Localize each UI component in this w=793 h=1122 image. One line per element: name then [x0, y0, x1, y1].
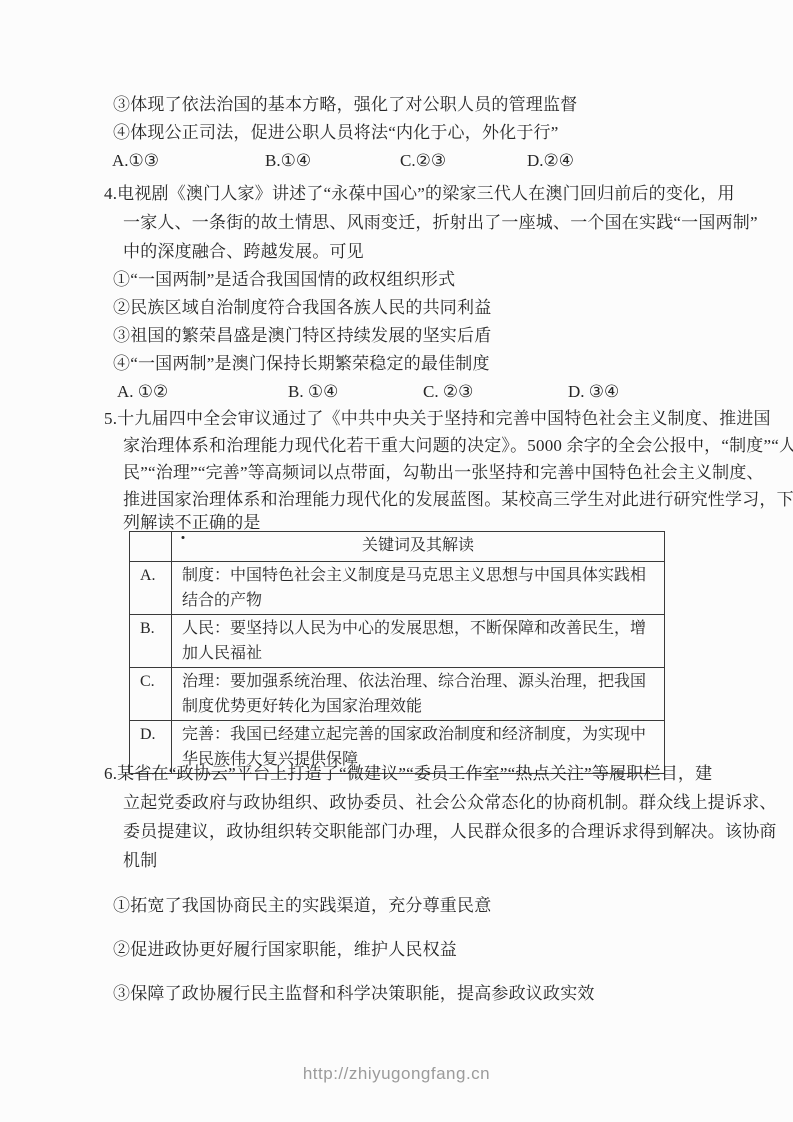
q6-text-line: 6.某省在“政协云”平台上打造了“微建议”“委员工作室”“热点关注”等履职栏目，…	[104, 764, 712, 784]
q5-text-line-emphasis: 列解读不正确的是	[123, 513, 261, 533]
row-label: A.	[130, 562, 172, 615]
q6-text-line: 机制	[123, 851, 157, 871]
row-text: 制度：中国特色社会主义制度是马克思主义思想与中国具体实践相结合的产物	[172, 562, 665, 615]
keyword-table: 关键词及其解读 A. 制度：中国特色社会主义制度是马克思主义思想与中国具体实践相…	[129, 531, 665, 774]
q3-option-b: B.①④	[265, 151, 311, 171]
q5-text-line: 5.十九届四中全会审议通过了《中共中央关于坚持和完善中国特色社会主义制度、推进国	[104, 409, 771, 429]
q4-text-line: 中的深度融合、跨越发展。可见	[123, 242, 364, 262]
q5-text-line: 民”“治理”“完善”等高频词以点带面，勾勒出一张坚持和完善中国特色社会主义制度、	[123, 463, 764, 483]
q6-statement-1: ①拓宽了我国协商民主的实践渠道，充分尊重民意	[113, 896, 491, 916]
q4-statement-2: ②民族区域自治制度符合我国各族人民的共同利益	[113, 298, 491, 318]
row-text: 人民：要坚持以人民为中心的发展思想，不断保障和改善民生，增加人民福祉	[172, 615, 665, 668]
q4-option-b: B. ①④	[288, 382, 338, 402]
q3-option-d: D.②④	[527, 151, 574, 171]
q4-option-a: A. ①②	[117, 382, 168, 402]
q5-line5-emphasized-char: 不	[175, 513, 192, 533]
q4-text-line: 一家人、一条街的故土情思、风雨变迁，折射出了一座城、一个国在实践“一国两制”	[123, 213, 758, 233]
q4-option-d: D. ③④	[568, 382, 619, 402]
exam-page: ③体现了依法治国的基本方略，强化了对公职人员的管理监督 ④体现公正司法，促进公职…	[0, 0, 793, 1122]
q5-line5-prefix: 列解读	[123, 513, 175, 532]
table-row: B. 人民：要坚持以人民为中心的发展思想，不断保障和改善民生，增加人民福祉	[130, 615, 665, 668]
table-row: C. 治理：要加强系统治理、依法治理、综合治理、源头治理，把我国制度优势更好转化…	[130, 668, 665, 721]
row-text: 治理：要加强系统治理、依法治理、综合治理、源头治理，把我国制度优势更好转化为国家…	[172, 668, 665, 721]
table-header-row: 关键词及其解读	[130, 532, 665, 562]
q3-statement-4: ④体现公正司法，促进公职人员将法“内化于心，外化于行”	[113, 123, 559, 143]
q5-line5-suffix: 正确的是	[192, 513, 261, 532]
q3-statement-3: ③体现了依法治国的基本方略，强化了对公职人员的管理监督	[113, 95, 577, 115]
q3-option-c: C.②③	[400, 151, 446, 171]
q4-text-line: 4.电视剧《澳门人家》讲述了“永葆中国心”的梁家三代人在澳门回归前后的变化，用	[104, 184, 735, 204]
q6-text-line: 委员提建议，政协组织转交职能部门办理，人民群众很多的合理诉求得到解决。该协商	[123, 822, 777, 842]
q6-text-line: 立起党委政府与政协组织、政协委员、社会公众常态化的协商机制。群众线上提诉求、	[123, 793, 777, 813]
q6-statement-3: ③保障了政协履行民主监督和科学决策职能，提高参政议政实效	[113, 984, 595, 1004]
row-label: C.	[130, 668, 172, 721]
q5-text-line: 推进国家治理体系和治理能力现代化的发展蓝图。某校高三学生对此进行研究性学习，下	[123, 490, 793, 510]
table-row: A. 制度：中国特色社会主义制度是马克思主义思想与中国具体实践相结合的产物	[130, 562, 665, 615]
footer-watermark-url: http://zhiyugongfang.cn	[0, 1064, 793, 1084]
q3-option-a: A.①③	[112, 151, 159, 171]
q4-statement-4: ④“一国两制”是澳门保持长期繁荣稳定的最佳制度	[113, 354, 490, 374]
table-corner-cell	[130, 532, 172, 562]
table-header-cell: 关键词及其解读	[172, 532, 665, 562]
q4-option-c: C. ②③	[423, 382, 473, 402]
row-label: B.	[130, 615, 172, 668]
q5-text-line: 家治理体系和治理能力现代化若干重大问题的决定》。5000 余字的全会公报中，“制…	[123, 436, 793, 456]
q6-statement-2: ②促进政协更好履行国家职能，维护人民权益	[113, 940, 457, 960]
q4-statement-3: ③祖国的繁荣昌盛是澳门特区持续发展的坚实后盾	[113, 326, 491, 346]
q4-statement-1: ①“一国两制”是适合我国国情的政权组织形式	[113, 270, 455, 290]
